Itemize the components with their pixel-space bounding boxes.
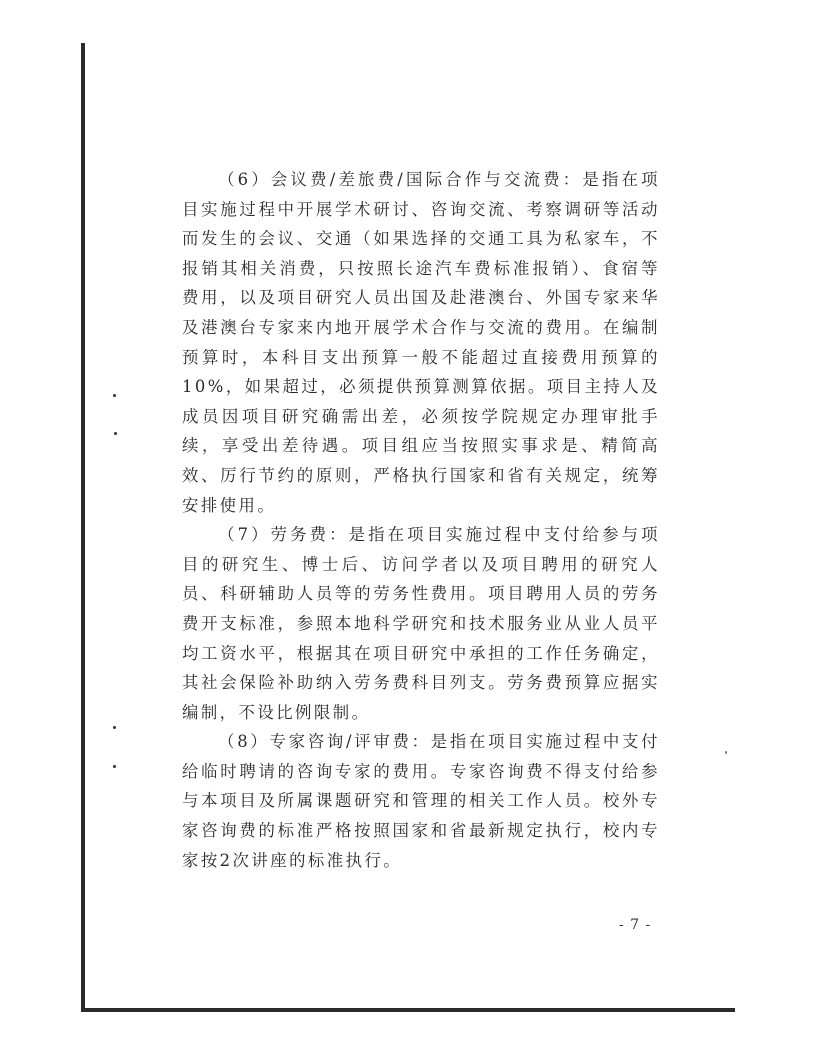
scan-dot	[113, 726, 116, 729]
paragraph-expert-consulting-fee: （8）专家咨询/评审费：是指在项目实施过程中支付给临时聘请的咨询专家的费用。专家…	[182, 727, 660, 875]
page-bottom-border	[81, 1008, 735, 1012]
scan-dot	[725, 751, 727, 754]
paragraph-meeting-travel-fee: （6）会议费/差旅费/国际合作与交流费：是指在项目实施过程中开展学术研讨、咨询交…	[182, 165, 660, 520]
scan-dot	[114, 432, 117, 435]
paragraph-labor-fee: （7）劳务费：是指在项目实施过程中支付给参与项目的研究生、博士后、访问学者以及项…	[182, 520, 660, 727]
page-left-border	[81, 43, 85, 1012]
scan-dot	[113, 394, 116, 397]
page-number: - 7 -	[619, 917, 651, 933]
document-body: （6）会议费/差旅费/国际合作与交流费：是指在项目实施过程中开展学术研讨、咨询交…	[182, 165, 660, 875]
scan-dot	[113, 765, 116, 768]
